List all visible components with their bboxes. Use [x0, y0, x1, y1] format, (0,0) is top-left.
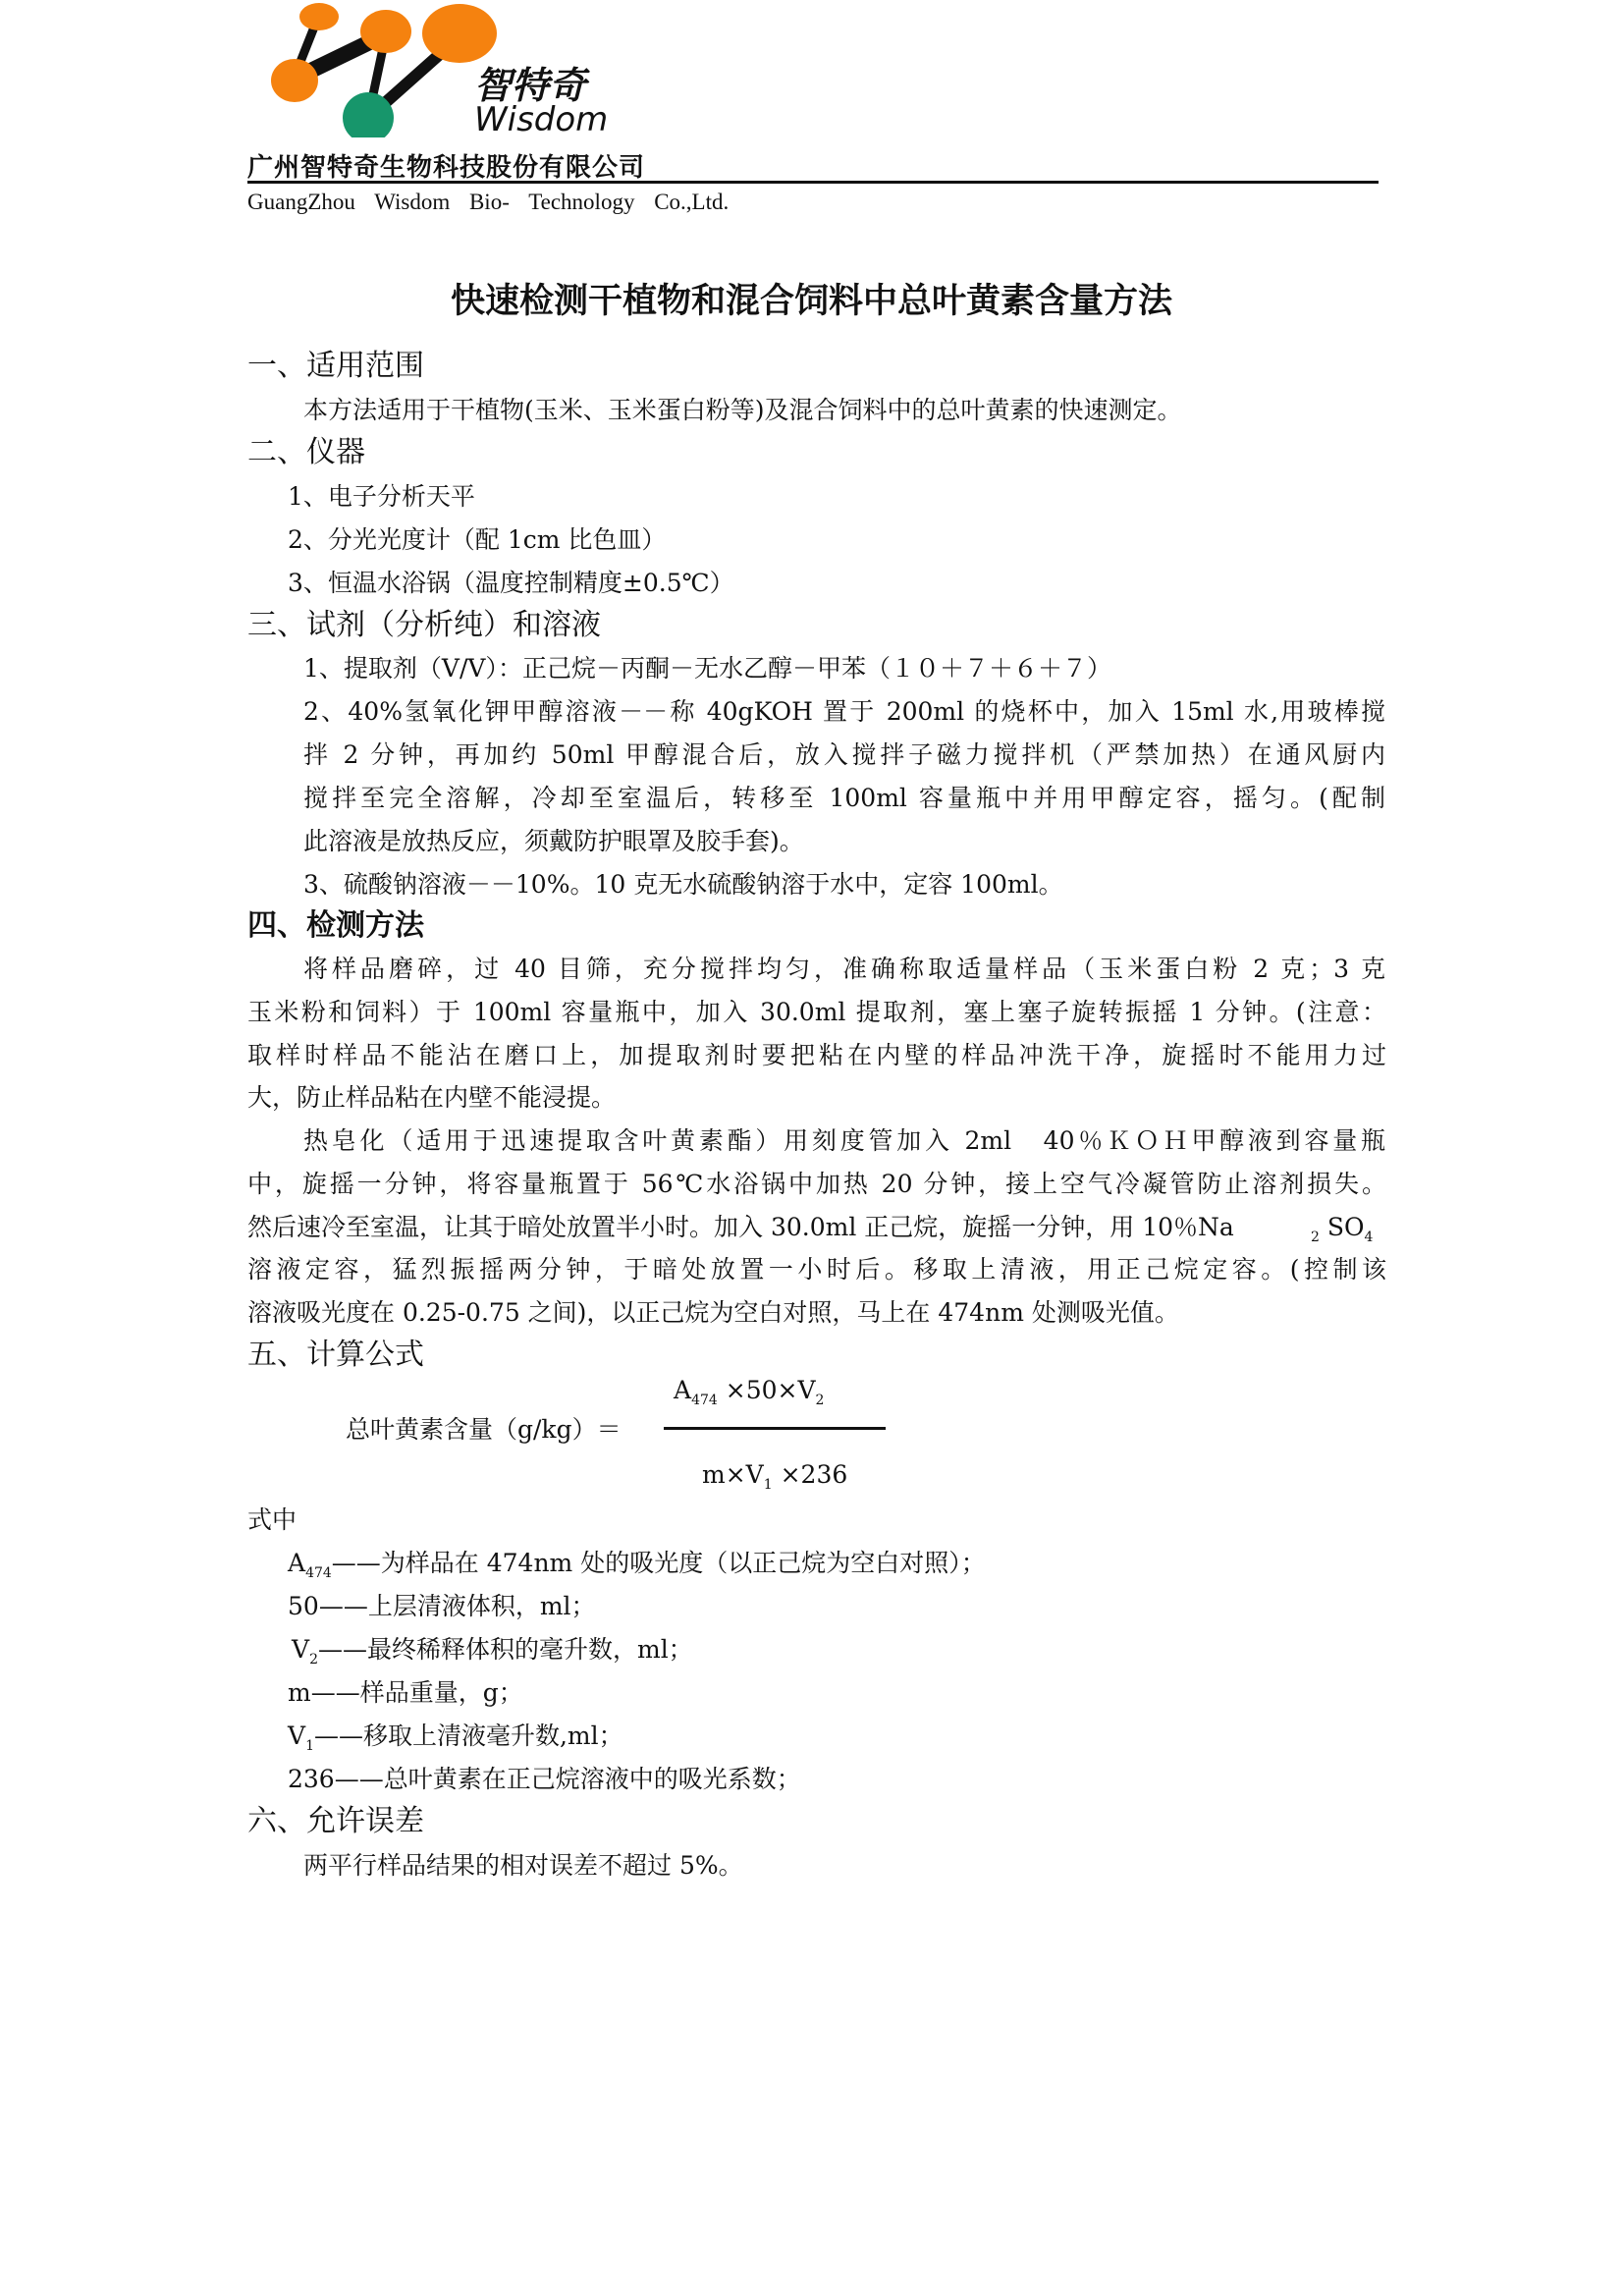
- na2so4-formula: 0: [1229, 1210, 1245, 1245]
- paragraph-line: 中，旋摇一分钟，将容量瓶置于 56℃水浴锅中加热 20 分钟，接上空气冷凝管防止…: [247, 1167, 1386, 1202]
- paragraph-line: 搅拌至完全溶解，冷却至室温后，转移至 100ml 容量瓶中并用甲醇定容，摇匀。(…: [303, 781, 1385, 816]
- paragraph: 本方法适用于干植物(玉米、玉米蛋白粉等)及混合饲料中的总叶黄素的快速测定。: [303, 393, 1182, 428]
- company-name-cn: 广州智特奇生物科技股份有限公司: [247, 151, 645, 185]
- paragraph-line: 取样时样品不能沾在磨口上，加提取剂时要把粘在内壁的样品冲洗干净，旋摇时不能用力过: [247, 1038, 1386, 1073]
- section-heading-instruments: 二、仪器: [247, 433, 365, 472]
- paragraph-line: 此溶液是放热反应，须戴防护眼罩及胶手套)。: [303, 824, 804, 859]
- paragraph-line: 然后速冷至室温，让其于暗处放置半小时。加入 30.0ml 正己烷，旋摇一分钟，用…: [247, 1210, 1386, 1245]
- paragraph-line: 玉米粉和饲料）于 100ml 容量瓶中，加入 30.0ml 提取剂，塞上塞子旋转…: [247, 995, 1386, 1030]
- definition-item: 50——上层清液体积，ml；: [288, 1589, 596, 1624]
- definition-item: m——样品重量，g；: [288, 1675, 523, 1711]
- section-heading-reagents: 三、试剂（分析纯）和溶液: [247, 606, 601, 645]
- svg-text:Wisdom: Wisdom: [474, 100, 608, 137]
- na2so4-formula-tail: 2 SO4: [1311, 1210, 1373, 1255]
- paragraph-line: 溶液定容，猛烈振摇两分钟，于暗处放置一小时后。移取上清液，用正己烷定容。(控制该: [247, 1252, 1386, 1287]
- section-heading-formula: 五、计算公式: [247, 1336, 424, 1375]
- list-item: 1、提取剂（V/V）：正己烷－丙酮－无水乙醇－甲苯（１０＋７＋６＋７）: [303, 651, 1111, 686]
- list-item: 2、40%氢氧化钾甲醇溶液－－称 40gKOH 置于 200ml 的烧杯中，加入…: [303, 694, 1385, 730]
- where-label: 式中: [247, 1503, 297, 1538]
- list-item: 1、电子分析天平: [288, 479, 475, 515]
- paragraph-line: 热皂化（适用于迅速提取含叶黄素酯）用刻度管加入 2ml 40％ＫＯＨ甲醇液到容量…: [303, 1123, 1385, 1159]
- paragraph-line: 将样品磨碎，过 40 目筛，充分搅拌均匀，准确称取适量样品（玉米蛋白粉 2 克；…: [303, 952, 1385, 987]
- wisdom-molecule-logo-icon: 智特奇 Wisdom: [250, 0, 623, 137]
- definition-item: 236——总叶黄素在正己烷溶液中的吸光系数；: [288, 1762, 801, 1797]
- formula-lhs: 总叶黄素含量（g/kg）＝: [346, 1412, 622, 1448]
- paragraph-text: 然后速冷至室温，让其于暗处放置半小时。加入 30.0ml 正己烷，旋摇一分钟，用…: [247, 1210, 1234, 1245]
- section-heading-scope: 一、适用范围: [247, 347, 424, 386]
- definition-item: A474——为样品在 474nm 处的吸光度（以正己烷为空白对照）；: [288, 1546, 986, 1591]
- formula-numerator: A474 ×50×V2: [674, 1373, 824, 1418]
- section-heading-tolerance: 六、允许误差: [247, 1802, 424, 1841]
- list-item: 2、分光光度计（配 1cm 比色皿）: [288, 522, 666, 558]
- paragraph-line: 拌 2 分钟，再加约 50ml 甲醇混合后，放入搅拌子磁力搅拌机（严禁加热）在通…: [303, 738, 1385, 773]
- header-rule: [247, 181, 1379, 184]
- fraction-bar: [664, 1427, 886, 1430]
- document-title: 快速检测干植物和混合饲料中总叶黄素含量方法: [0, 278, 1623, 325]
- company-name-en: GuangZhou Wisdom Bio- Technology Co.,Ltd…: [247, 189, 729, 216]
- section-heading-method: 四、检测方法: [247, 906, 424, 946]
- formula-denominator: m×V1 ×236: [702, 1457, 847, 1503]
- list-item: 3、硫酸钠溶液－－10%。10 克无水硫酸钠溶于水中，定容 100ml。: [303, 867, 1063, 902]
- paragraph-line: 大，防止样品粘在内壁不能浸提。: [247, 1080, 616, 1116]
- paragraph-line: 溶液吸光度在 0.25-0.75 之间)，以正己烷为空白对照，马上在 474nm…: [247, 1295, 1179, 1331]
- list-item: 3、恒温水浴锅（温度控制精度±0.5℃）: [288, 566, 734, 601]
- definition-item: V1——移取上清液毫升数,ml；: [288, 1719, 623, 1764]
- paragraph: 两平行样品结果的相对误差不超过 5%。: [303, 1848, 743, 1884]
- definition-item: V2——最终稀释体积的毫升数，ml；: [292, 1632, 693, 1677]
